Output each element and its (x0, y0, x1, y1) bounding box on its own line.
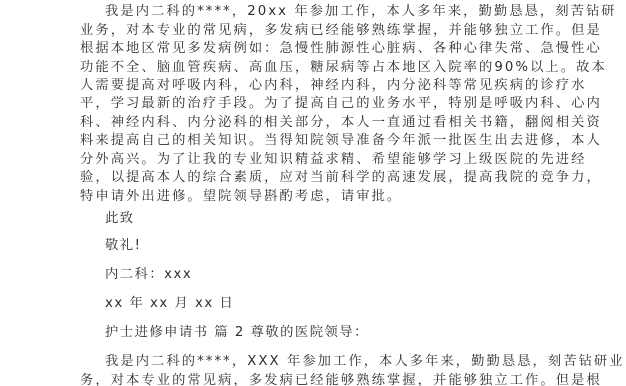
paragraph1-line-1: 我是内二科的****，20xx 年参加工作，本人多年来，勤勤恳恳，刻苦钻研 (105, 3, 565, 21)
paragraph1-line-8: 料来提高自己的相关知识。当得知院领导准备今年派一批医生出去进修，本人 (80, 132, 540, 150)
paragraph1-line-11: 特申请外出进修。望院领导斟酌考虑，请审批。 (80, 188, 540, 206)
paragraph1-line-2: 业务，对本专业的常见病，多发病已经能够熟练掌握，并能够独立工作。但是 (80, 22, 540, 40)
paragraph1-line-10: 验，以提高本人的综合素质，应对当前科学的高速发展，提高我院的竞争力， (80, 169, 540, 187)
paragraph1-line-3: 根据本地区常见多发病例如：急慢性肺源性心脏病、各种心律失常、急慢性心 (80, 40, 540, 58)
paragraph1-line-5: 人需要提高对呼吸内科，心内科，神经内科，内分泌科等常见疾病的诊疗水 (80, 77, 540, 95)
paragraph1-line-4: 功能不全、脑血管疾病、高血压，糖尿病等占本地区入院率的90%以上。故本 (80, 59, 540, 77)
paragraph1-line-6: 平，学习最新的治疗手段。为了提高自己的业务水平，特别是呼吸内科、心内 (80, 95, 540, 113)
paragraph2-line-1: 我是内二科的****，XXX 年参加工作，本人多年来，勤勤恳恳，刻苦钻研业 (105, 353, 565, 371)
signature-text: 内二科：xxx (105, 266, 565, 284)
closing-text: 此致 (105, 210, 565, 228)
date-text: xx 年 xx 月 xx 日 (105, 295, 565, 313)
paragraph2-line-2: 务，对本专业的常见病，多发病已经能够熟练掌握，并能够独立工作。但是根 (80, 372, 540, 386)
document-page: 我是内二科的****，20xx 年参加工作，本人多年来，勤勤恳恳，刻苦钻研 业务… (0, 0, 626, 386)
paragraph1-line-9: 分外高兴。为了让我的专业知识精益求精、希望能够学习上级医院的先进经 (80, 151, 540, 169)
section2-heading: 护士进修申请书 篇 2 尊敬的医院领导： (105, 324, 565, 342)
salute-text: 敬礼! (105, 237, 565, 255)
paragraph1-line-7: 科、神经内科、内分泌科的相关部分，本人一直通过看相关书籍，翻阅相关资 (80, 114, 540, 132)
